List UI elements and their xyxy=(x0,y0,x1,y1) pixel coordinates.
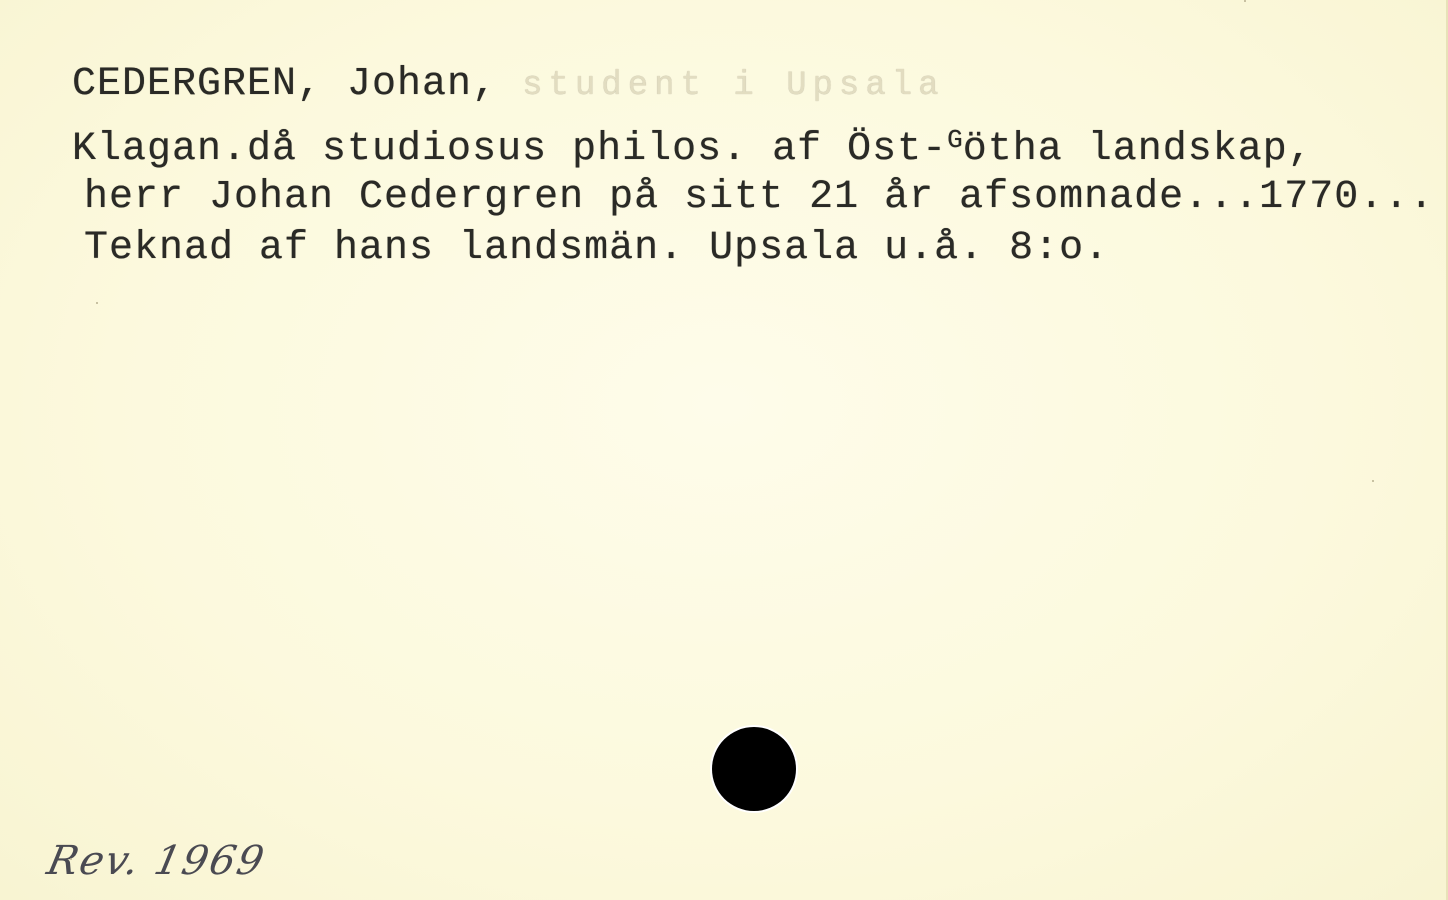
revision-annotation: Rev. 1969 xyxy=(43,838,270,884)
erased-text: student i Upsala xyxy=(522,67,944,105)
entry-line-2: herr Johan Cedergren på sitt 21 år afsom… xyxy=(84,173,1434,223)
paper-speck xyxy=(1244,0,1246,2)
author-name: CEDERGREN, Johan, xyxy=(72,62,497,107)
punch-hole xyxy=(712,727,796,811)
catalog-card: CEDERGREN, Johan, student i Upsala Klaga… xyxy=(0,0,1448,900)
paper-speck xyxy=(70,858,72,860)
entry-line-3: Teknad af hans landsmän. Upsala u.å. 8:o… xyxy=(84,224,1109,274)
paper-speck xyxy=(1372,480,1374,482)
superscript-g: G xyxy=(947,125,963,155)
entry-line-1: Klagan.då studiosus philos. af Öst-Götha… xyxy=(72,125,1313,177)
entry-line-1-part-b: ötha landskap, xyxy=(963,127,1313,172)
paper-speck xyxy=(96,302,98,304)
heading-line: CEDERGREN, Johan, student i Upsala xyxy=(72,60,945,111)
entry-line-1-part-a: Klagan.då studiosus philos. af Öst- xyxy=(72,127,947,172)
